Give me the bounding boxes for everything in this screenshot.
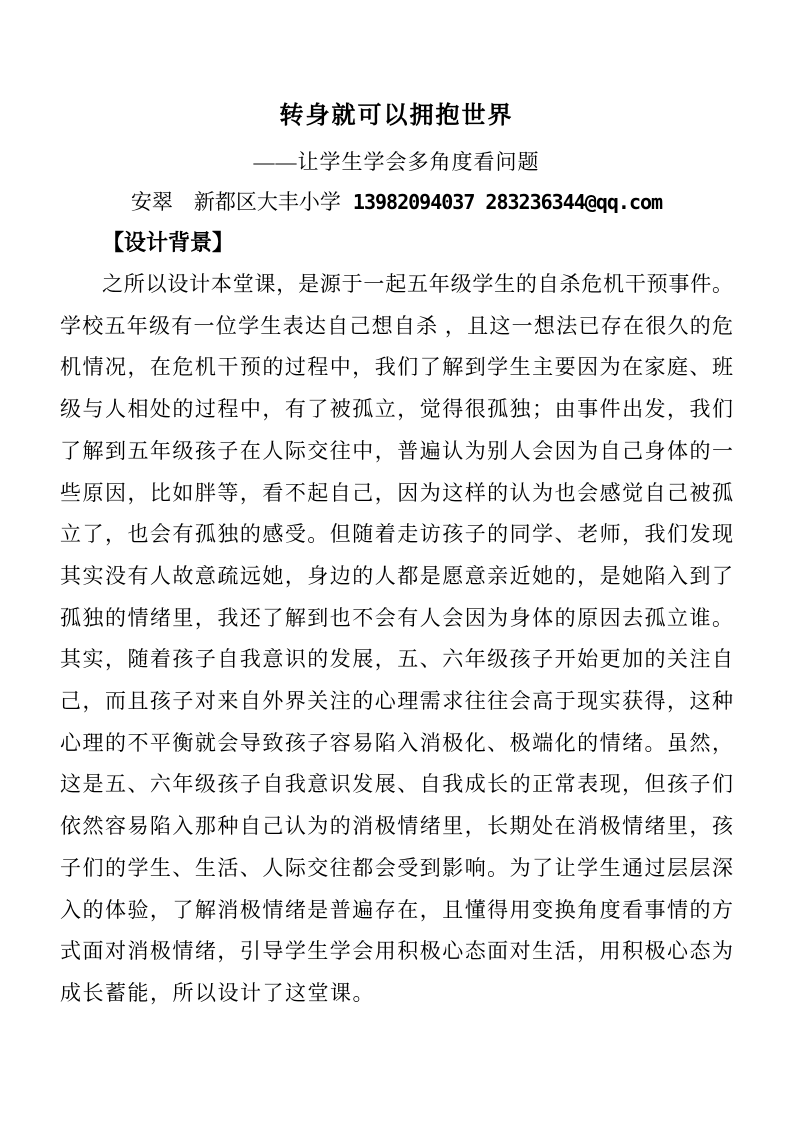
paragraph-line: 其实没有人故意疏远她，身边的人都是愿意亲近她的，是她陷入到了	[60, 556, 733, 598]
paragraph-line: 依然容易陷入那种自己认为的消极情绪里，长期处在消极情绪里，孩	[60, 806, 733, 848]
document-page: 转身就可以拥抱世界 ——让学生学会多角度看问题 安翠 新都区大丰小学139820…	[0, 0, 793, 1122]
body-paragraph: 之所以设计本堂课，是源于一起五年级学生的自杀危机干预事件。学校五年级有一位学生表…	[60, 264, 733, 1015]
paragraph-line: 这是五、六年级孩子自我意识发展、自我成长的正常表现，但孩子们	[60, 764, 733, 806]
paragraph-line: 级与人相处的过程中，有了被孤立，觉得很孤独；由事件出发，我们	[60, 389, 733, 431]
document-title: 转身就可以拥抱世界	[60, 100, 733, 132]
paragraph-line: 之所以设计本堂课，是源于一起五年级学生的自杀危机干预事件。	[60, 264, 733, 306]
paragraph-line: 心理的不平衡就会导致孩子容易陷入消极化、极端化的情绪。虽然，	[60, 723, 733, 765]
author-contact: 13982094037 283236344@qq.com	[353, 190, 662, 214]
section-heading-design-background: 【设计背景】	[60, 228, 733, 258]
paragraph-line: 子们的学生、生活、人际交往都会受到影响。为了让学生通过层层深	[60, 848, 733, 890]
paragraph-line: 入的体验，了解消极情绪是普遍存在，且懂得用变换角度看事情的方	[60, 890, 733, 932]
paragraph-line: 了解到五年级孩子在人际交往中，普遍认为别人会因为自己身体的一	[60, 431, 733, 473]
author-name-school: 安翠 新都区大丰小学	[131, 190, 341, 214]
paragraph-line: 其实，随着孩子自我意识的发展，五、六年级孩子开始更加的关注自	[60, 639, 733, 681]
document-subtitle: ——让学生学会多角度看问题	[60, 148, 733, 176]
paragraph-line: 成长蓄能，所以设计了这堂课。	[60, 973, 733, 1015]
author-line: 安翠 新都区大丰小学13982094037 283236344@qq.com	[60, 188, 733, 216]
paragraph-line: 学校五年级有一位学生表达自己想自杀 ，且这一想法已存在很久的危	[60, 306, 733, 348]
paragraph-line: 机情况，在危机干预的过程中，我们了解到学生主要因为在家庭、班	[60, 347, 733, 389]
paragraph-line: 立了，也会有孤独的感受。但随着走访孩子的同学、老师，我们发现	[60, 514, 733, 556]
paragraph-line: 些原因，比如胖等，看不起自己，因为这样的认为也会感觉自己被孤	[60, 473, 733, 515]
paragraph-line: 式面对消极情绪，引导学生学会用积极心态面对生活，用积极心态为	[60, 931, 733, 973]
paragraph-line: 己，而且孩子对来自外界关注的心理需求往往会高于现实获得，这种	[60, 681, 733, 723]
paragraph-line: 孤独的情绪里，我还了解到也不会有人会因为身体的原因去孤立谁。	[60, 598, 733, 640]
